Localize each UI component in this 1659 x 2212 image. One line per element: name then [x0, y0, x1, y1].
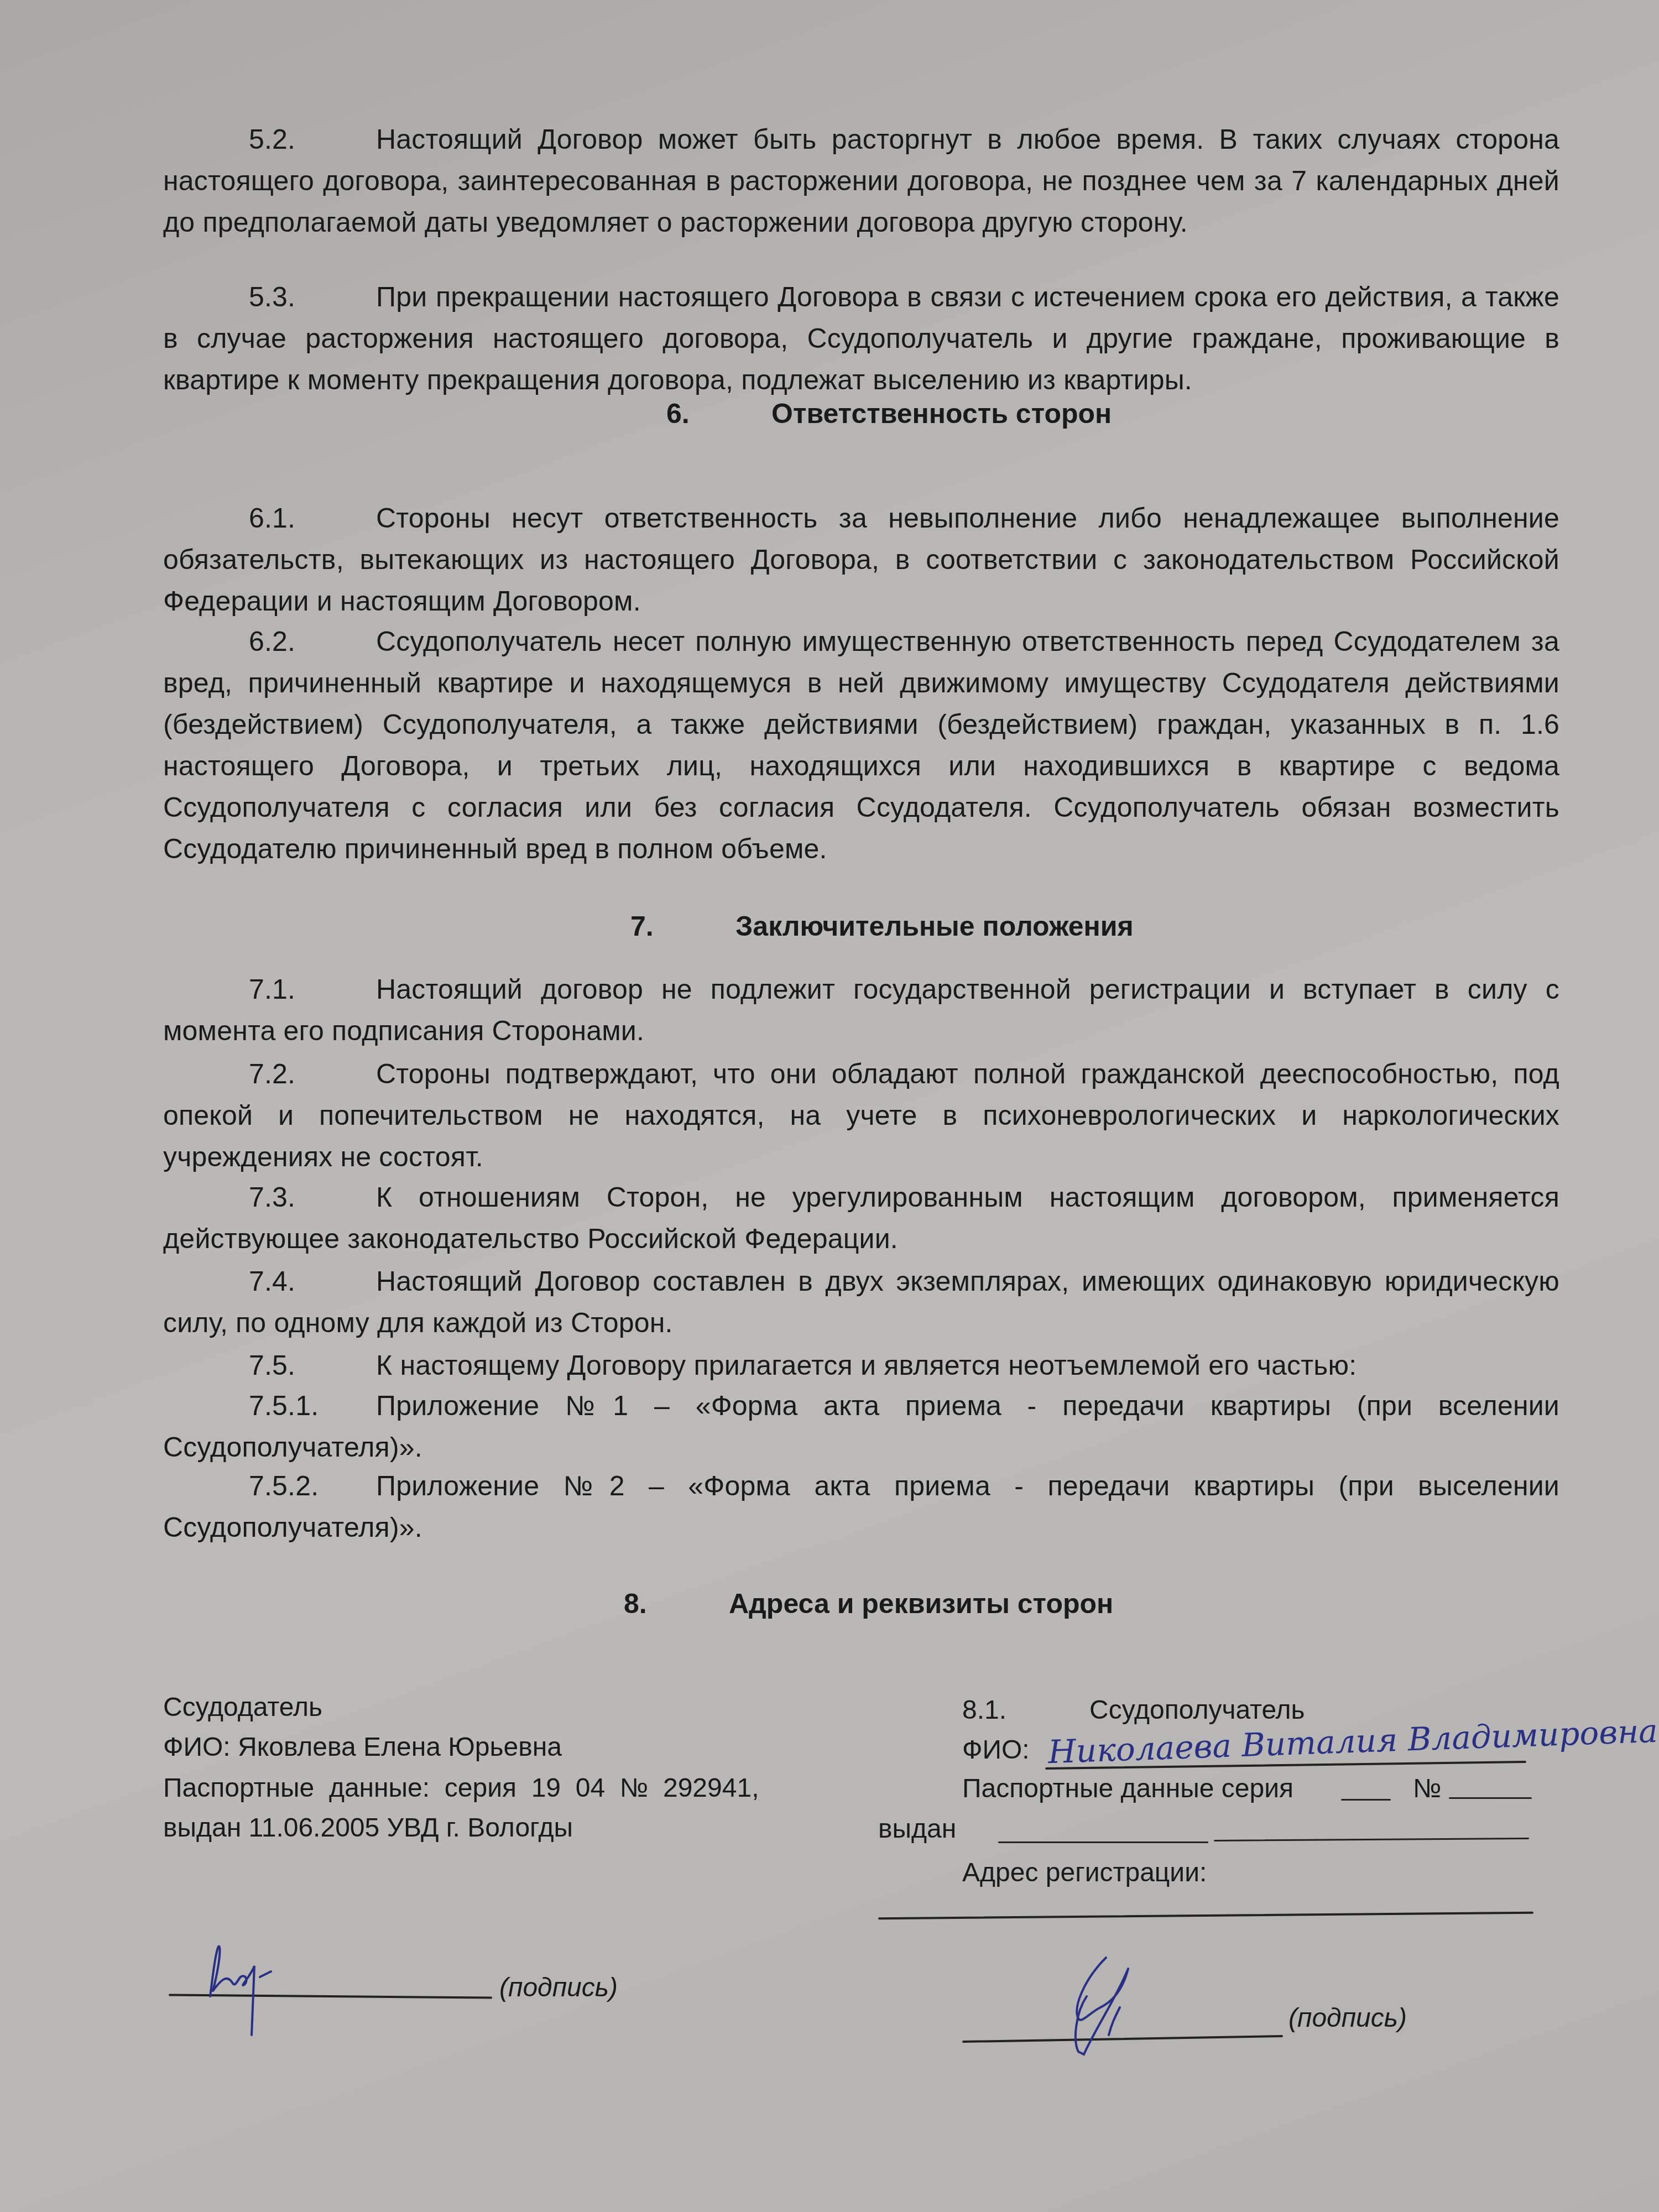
borrower-clause-number: 8.1.	[962, 1694, 1006, 1727]
clause-7-5: 7.5.К настоящему Договору прилагается и …	[163, 1345, 1559, 1386]
clause-6-2: 6.2.Ссудополучатель несет полную имущест…	[163, 621, 1559, 870]
lender-role: Ссудодатель	[163, 1691, 322, 1724]
clause-number: 7.5.1.	[163, 1385, 376, 1427]
clause-number: 6.2.	[163, 621, 376, 662]
contract-page: 5.2.Настоящий Договор может быть расторг…	[0, 0, 1659, 2212]
clause-7-5-2: 7.5.2.Приложение №2 – «Форма акта приема…	[163, 1465, 1559, 1548]
passport-number-label: №	[1413, 1772, 1442, 1806]
clause-7-3: 7.3.К отношениям Сторон, не урегулирован…	[163, 1177, 1559, 1260]
heading-title: Адреса и реквизиты сторон	[729, 1588, 1113, 1619]
clause-5-2: 5.2.Настоящий Договор может быть расторг…	[163, 119, 1559, 243]
lender-signature	[188, 1941, 299, 2035]
clause-number: 5.3.	[163, 276, 376, 318]
clause-text: К настоящему Договору прилагается и явля…	[376, 1350, 1357, 1381]
clause-number: 7.5.	[163, 1345, 376, 1386]
issued-blank-2	[1214, 1838, 1529, 1841]
section-heading-8: 8.Адреса и реквизиты сторон	[624, 1587, 1113, 1620]
lender-signature-caption: (подпись)	[499, 1971, 618, 2005]
borrower-role: Ссудополучатель	[1089, 1694, 1305, 1727]
heading-title: Заключительные положения	[735, 911, 1134, 942]
clause-7-4: 7.4.Настоящий Договор составлен в двух э…	[163, 1261, 1559, 1344]
heading-number: 6.	[666, 397, 771, 430]
clause-number: 6.1.	[163, 498, 376, 539]
lender-passport: Паспортные данные: серия 19 04 № 292941,	[163, 1772, 759, 1805]
lender-issued: выдан 11.06.2005 УВД г. Вологды	[163, 1812, 573, 1845]
section-heading-6: 6.Ответственность сторон	[666, 397, 1112, 430]
heading-number: 8.	[624, 1587, 729, 1620]
borrower-address-label: Адрес регистрации:	[962, 1856, 1207, 1890]
clause-number: 7.3.	[163, 1177, 376, 1218]
clause-number: 7.4.	[163, 1261, 376, 1302]
clause-number: 7.2.	[163, 1053, 376, 1095]
clause-number: 7.1.	[163, 969, 376, 1010]
borrower-passport-label: Паспортные данные серия	[962, 1772, 1293, 1806]
borrower-signature-caption: (подпись)	[1288, 2002, 1407, 2035]
lender-fio: ФИО: Яковлева Елена Юрьевна	[163, 1731, 562, 1764]
clause-7-2: 7.2.Стороны подтверждают, что они облада…	[163, 1053, 1559, 1178]
clause-number: 7.5.2.	[163, 1465, 376, 1507]
passport-series-blank	[1341, 1799, 1391, 1801]
clause-number: 5.2.	[163, 119, 376, 160]
passport-number-blank	[1449, 1797, 1532, 1799]
issued-blank-1	[998, 1841, 1208, 1843]
clause-7-1: 7.1.Настоящий договор не подлежит госуда…	[163, 969, 1559, 1052]
borrower-signature	[1062, 1947, 1183, 2063]
clause-6-1: 6.1.Стороны несут ответственность за нев…	[163, 498, 1559, 622]
address-blank	[878, 1912, 1533, 1919]
borrower-fio-label: ФИО:	[962, 1734, 1030, 1767]
heading-number: 7.	[630, 910, 735, 943]
section-heading-7: 7.Заключительные положения	[630, 910, 1134, 943]
clause-5-3: 5.3.При прекращении настоящего Договора …	[163, 276, 1559, 401]
borrower-issued-label: выдан	[878, 1813, 956, 1846]
clause-7-5-1: 7.5.1.Приложение №1 – «Форма акта приема…	[163, 1385, 1559, 1468]
heading-title: Ответственность сторон	[771, 398, 1112, 429]
